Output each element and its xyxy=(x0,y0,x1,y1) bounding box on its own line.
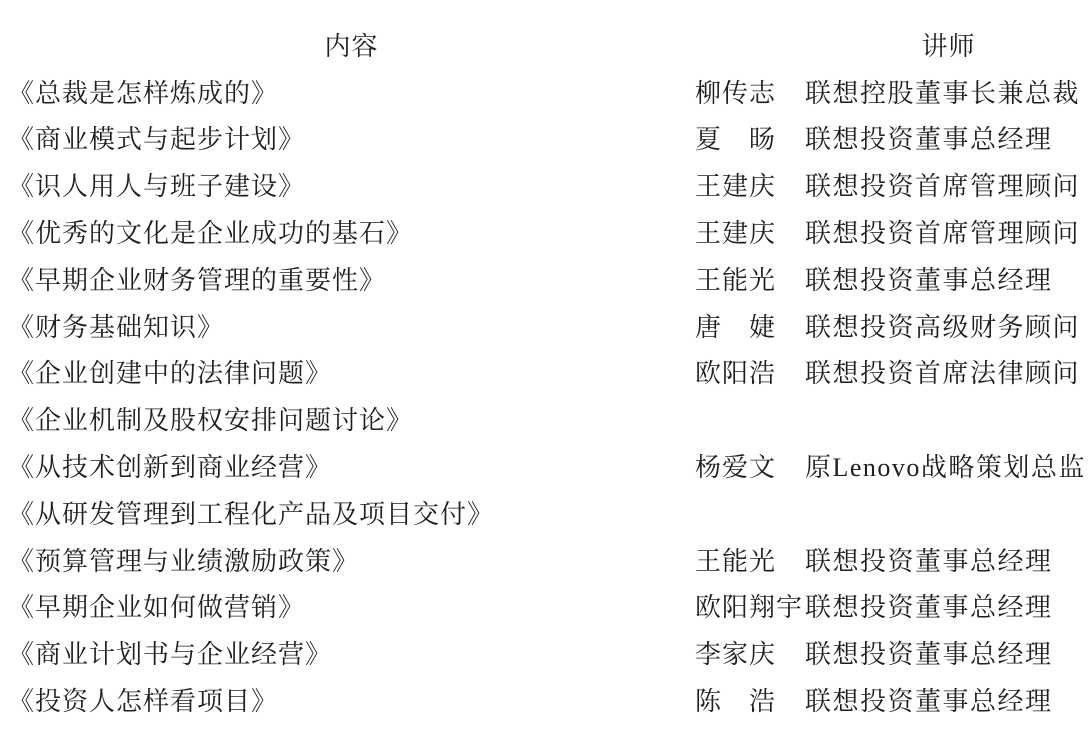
course-title: 《企业创建中的法律问题》 xyxy=(8,353,695,390)
lecturer-name: 王能光 xyxy=(695,541,805,578)
lecturer-name: 欧阳翔宇 xyxy=(695,587,805,624)
course-title: 《商业计划书与企业经营》 xyxy=(8,634,695,671)
table-row: 《早期企业如何做营销》 欧阳翔宇 联想投资董事总经理 xyxy=(8,583,1092,630)
course-title: 《总裁是怎样炼成的》 xyxy=(8,73,695,110)
lecturer-title: 联想投资董事总经理 xyxy=(805,260,1092,297)
lecturer-name: 李家庆 xyxy=(695,634,805,671)
course-title: 《财务基础知识》 xyxy=(8,307,695,344)
lecturer-title: 原Lenovo战略策划总监 xyxy=(805,447,1092,484)
table-row: 《预算管理与业绩激励政策》 王能光 联想投资董事总经理 xyxy=(8,536,1092,583)
lecturer-title: 联想投资董事总经理 xyxy=(805,541,1092,578)
lecturer-name: 杨爱文 xyxy=(695,447,805,484)
lecturer-title: 联想投资董事总经理 xyxy=(805,119,1092,156)
table-row: 《从研发管理到工程化产品及项目交付》 xyxy=(8,489,1092,536)
table-row: 《早期企业财务管理的重要性》 王能光 联想投资董事总经理 xyxy=(8,255,1092,302)
course-title: 《企业机制及股权安排问题讨论》 xyxy=(8,400,695,437)
lecturer-title: 联想投资首席管理顾问 xyxy=(805,213,1092,250)
table-row: 《财务基础知识》 唐 婕 联想投资高级财务顾问 xyxy=(8,302,1092,349)
table-header-row: 内容 讲师 xyxy=(8,21,1092,68)
lecturer-title: 联想投资首席管理顾问 xyxy=(805,166,1092,203)
lecturer-name: 欧阳浩 xyxy=(695,353,805,390)
table-row: 《优秀的文化是企业成功的基石》 王建庆 联想投资首席管理顾问 xyxy=(8,208,1092,255)
lecturer-name: 陈 浩 xyxy=(695,681,805,718)
table-row: 《商业模式与起步计划》 夏 旸 联想投资董事总经理 xyxy=(8,115,1092,162)
lecturer-title: 联想控股董事长兼总裁 xyxy=(805,73,1092,110)
content-column-header: 内容 xyxy=(8,26,695,63)
course-title: 《投资人怎样看项目》 xyxy=(8,681,695,718)
course-title: 《从研发管理到工程化产品及项目交付》 xyxy=(8,494,695,531)
course-title: 《优秀的文化是企业成功的基石》 xyxy=(8,213,695,250)
lecturer-title: 联想投资董事总经理 xyxy=(805,634,1092,671)
lecturer-title: 联想投资董事总经理 xyxy=(805,587,1092,624)
lecturer-name: 柳传志 xyxy=(695,73,805,110)
lecturer-name: 夏 旸 xyxy=(695,119,805,156)
table-row: 《识人用人与班子建设》 王建庆 联想投资首席管理顾问 xyxy=(8,161,1092,208)
lecturer-title: 联想投资董事总经理 xyxy=(805,681,1092,718)
course-title: 《商业模式与起步计划》 xyxy=(8,119,695,156)
table-row: 《总裁是怎样炼成的》 柳传志 联想控股董事长兼总裁 xyxy=(8,68,1092,115)
course-title: 《预算管理与业绩激励政策》 xyxy=(8,541,695,578)
lecturer-name: 唐 婕 xyxy=(695,307,805,344)
lecturer-name: 王能光 xyxy=(695,260,805,297)
course-title: 《从技术创新到商业经营》 xyxy=(8,447,695,484)
table-row: 《从技术创新到商业经营》 杨爱文 原Lenovo战略策划总监 xyxy=(8,442,1092,489)
lecturer-column-header: 讲师 xyxy=(805,26,1092,63)
lecturer-title: 联想投资首席法律顾问 xyxy=(805,353,1092,390)
table-row: 《投资人怎样看项目》 陈 浩 联想投资董事总经理 xyxy=(8,676,1092,723)
course-title: 《识人用人与班子建设》 xyxy=(8,166,695,203)
course-lecturer-table: 内容 讲师 《总裁是怎样炼成的》 柳传志 联想控股董事长兼总裁 《商业模式与起步… xyxy=(0,0,1092,729)
table-row: 《商业计划书与企业经营》 李家庆 联想投资董事总经理 xyxy=(8,629,1092,676)
course-title: 《早期企业财务管理的重要性》 xyxy=(8,260,695,297)
course-title: 《早期企业如何做营销》 xyxy=(8,587,695,624)
lecturer-name: 王建庆 xyxy=(695,213,805,250)
table-row: 《企业机制及股权安排问题讨论》 xyxy=(8,395,1092,442)
lecturer-name: 王建庆 xyxy=(695,166,805,203)
table-row: 《企业创建中的法律问题》 欧阳浩 联想投资首席法律顾问 xyxy=(8,349,1092,396)
lecturer-title: 联想投资高级财务顾问 xyxy=(805,307,1092,344)
